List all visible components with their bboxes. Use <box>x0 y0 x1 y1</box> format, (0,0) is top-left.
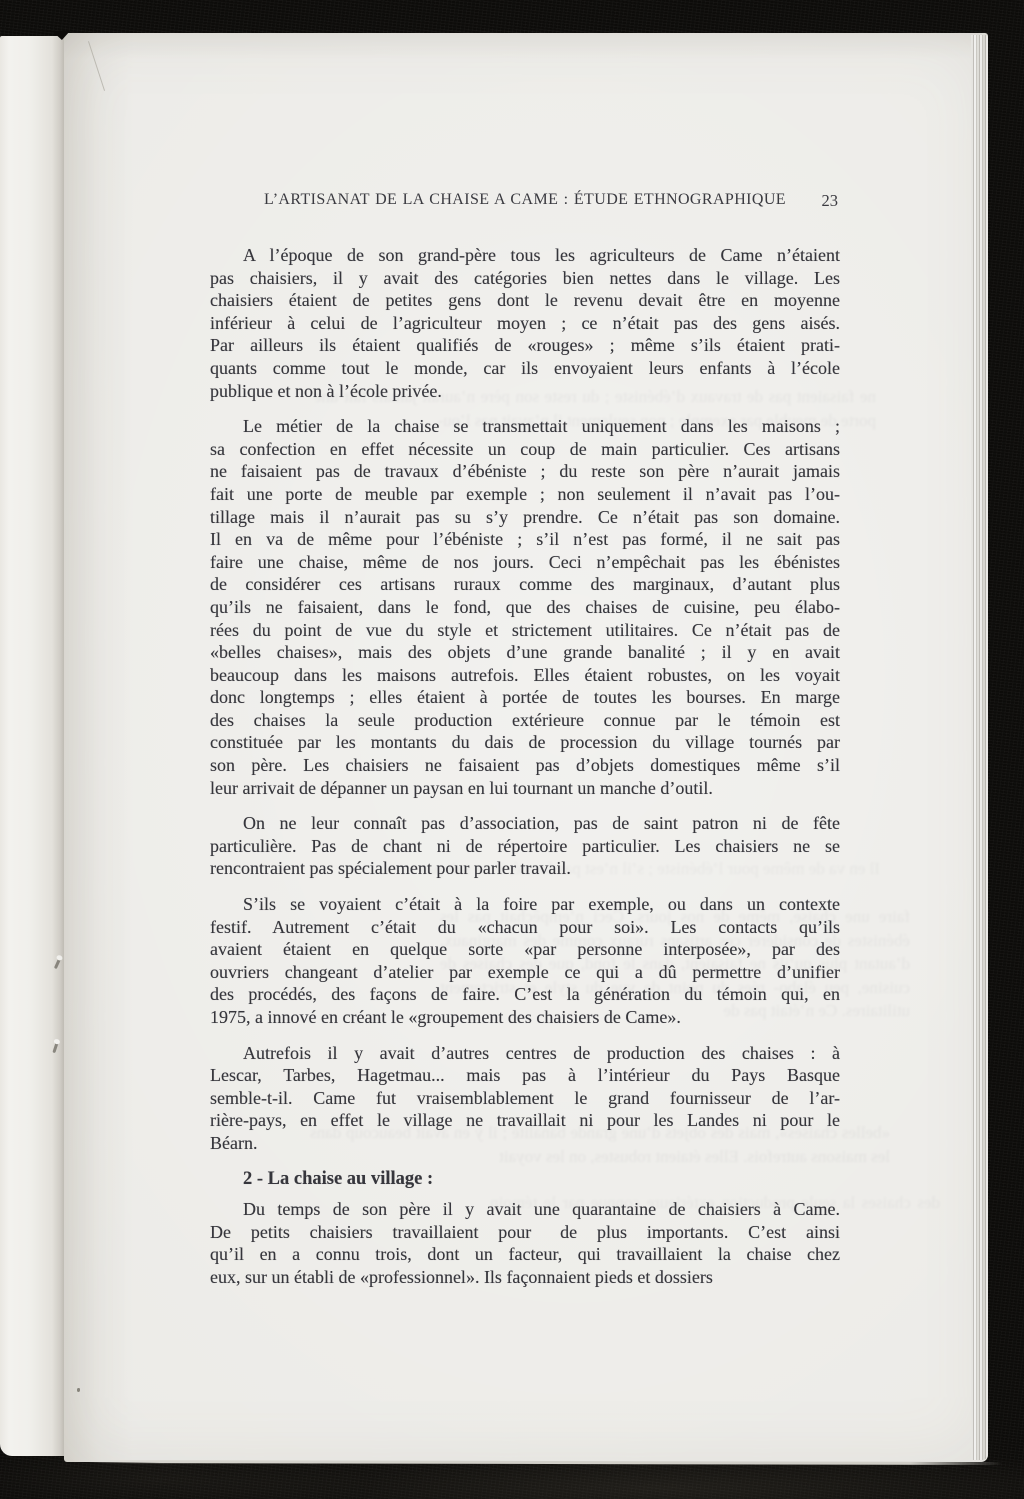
running-head: L’ARTISANAT DE LA CHAISE A CAME : ÉTUDE … <box>210 191 840 213</box>
text-line: leur arrivait de dépanner un paysan en l… <box>210 777 840 800</box>
text-line: fait une porte de meuble par exemple ; n… <box>210 483 840 506</box>
text-line: Le métier de la chaise se transmettait u… <box>210 415 840 438</box>
text-line: ouvriers changeant d’atelier par exemple… <box>210 961 840 984</box>
text-line: des chaises la seule production extérieu… <box>210 709 840 732</box>
page-number: 23 <box>822 191 839 211</box>
text-line: qu’ils ne faisaient, dans le fond, que d… <box>210 596 840 619</box>
text-line: festif. Autrement c’était du «chacun pou… <box>210 916 840 939</box>
text-line: beaucoup dans les maisons autrefois. Ell… <box>210 664 840 687</box>
text-line: quants comme tout le monde, car ils envo… <box>210 357 840 380</box>
text-line: Béarn. <box>210 1132 840 1155</box>
section-heading: 2 - La chaise au village : <box>210 1168 840 1191</box>
text-line: sa confection en effet nécessite un coup… <box>210 438 840 461</box>
text-line: inférieur à celui de l’agriculteur moyen… <box>210 312 840 335</box>
paragraph: S’ils se voyaient c’était à la foire par… <box>210 893 840 1029</box>
page-stack-edge <box>971 35 988 1460</box>
text-line: tillage mais il n’aurait pas su s’y pren… <box>210 506 840 529</box>
text-line: Autrefois il y avait d’autres centres de… <box>210 1042 840 1065</box>
text-line: Lescar, Tarbes, Hagetmau... mais pas à l… <box>210 1064 840 1087</box>
text-line: eux, sur un établi de «professionnel». I… <box>210 1266 840 1289</box>
scan-background: L’ARTISANAT DE LA CHAISE A CAME : ÉTUDE … <box>0 0 1024 1499</box>
text-line: rées du point de vue du style et stricte… <box>210 619 840 642</box>
text-line: qu’il en a connu trois, dont un facteur,… <box>210 1243 840 1266</box>
page-bottom-edge <box>88 1460 1002 1465</box>
text-line: semble-t-il. Came fut vraisemblablement … <box>210 1087 840 1110</box>
text-line: pas chaisiers, il y avait des catégories… <box>210 267 840 290</box>
text-line: de considérer ces artisans ruraux comme … <box>210 573 840 596</box>
book-page: L’ARTISANAT DE LA CHAISE A CAME : ÉTUDE … <box>64 33 988 1462</box>
paragraph: Autrefois il y avait d’autres centres de… <box>210 1042 840 1155</box>
text-line: donc longtemps ; elles étaient à portée … <box>210 686 840 709</box>
text-body: A l’époque de son grand-père tous les ag… <box>210 244 840 1302</box>
text-line: son père. Les chaisiers ne faisaient pas… <box>210 754 840 777</box>
text-line: faire une chaise, même de nos jours. Cec… <box>210 551 840 574</box>
left-page-edge <box>0 36 64 1456</box>
text-line: ne faisaient pas de travaux d’ébéniste ;… <box>210 460 840 483</box>
text-line: On ne leur connaît pas d’association, pa… <box>210 812 840 835</box>
text-line: Il en va de même pour l’ébéniste ; s’il … <box>210 528 840 551</box>
paragraph: Du temps de son père il y avait une quar… <box>210 1198 840 1288</box>
text-line: S’ils se voyaient c’était à la foire par… <box>210 893 840 916</box>
paragraph: On ne leur connaît pas d’association, pa… <box>210 812 840 880</box>
text-line: 1975, a innové en créant le «groupement … <box>210 1006 840 1029</box>
paragraph: Le métier de la chaise se transmettait u… <box>210 415 840 799</box>
text-line: Par ailleurs ils étaient qualifiés de «r… <box>210 334 840 357</box>
text-line: publique et non à l’école privée. <box>210 380 840 403</box>
text-line: avaient étaient en quelque sorte «par pe… <box>210 938 840 961</box>
running-head-title: L’ARTISANAT DE LA CHAISE A CAME : ÉTUDE … <box>210 191 840 209</box>
text-line: «belles chaises», mais des objets d’une … <box>210 641 840 664</box>
text-line: constituée par les montants du dais de p… <box>210 731 840 754</box>
text-line: chaisiers étaient de petites gens dont l… <box>210 289 840 312</box>
text-line: rière-pays, en effet le village ne trava… <box>210 1109 840 1132</box>
text-line: De petits chaisiers travaillaient pour d… <box>210 1221 840 1244</box>
text-line: des procédés, des façons de faire. C’est… <box>210 983 840 1006</box>
text-line: particulière. Pas de chant ni de réperto… <box>210 835 840 858</box>
paragraph: A l’époque de son grand-père tous les ag… <box>210 244 840 402</box>
text-line: rencontraient pas spécialement pour parl… <box>210 857 840 880</box>
text-line: A l’époque de son grand-père tous les ag… <box>210 244 840 267</box>
text-line: Du temps de son père il y avait une quar… <box>210 1198 840 1221</box>
